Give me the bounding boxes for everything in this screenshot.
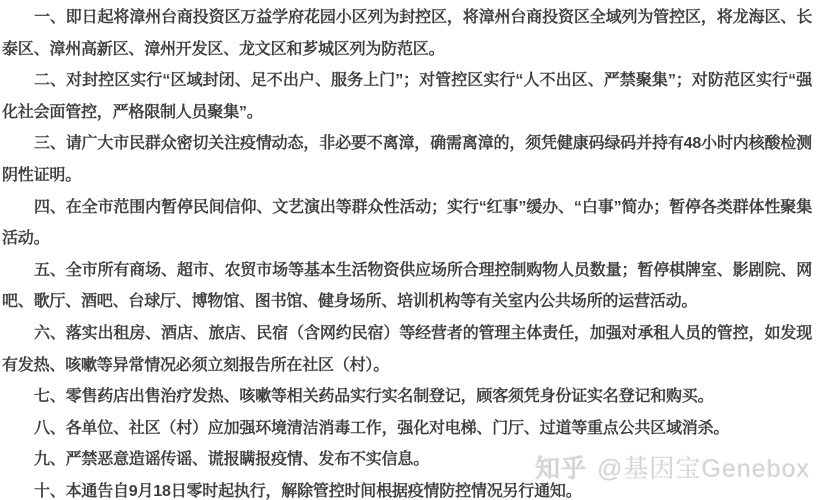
zhihu-watermark: 知乎@基因宝Genebox xyxy=(535,457,810,482)
notice-paragraph-6: 六、落实出租房、酒店、旅店、民宿（含网约民宿）等经营者的管理主体责任，加强对承租… xyxy=(2,318,812,381)
notice-paragraph-3: 三、请广大市民群众密切关注疫情动态，非必要不离漳，确需离漳的，须凭健康码绿码并持… xyxy=(2,128,812,191)
watermark-handle: @基因宝Genebox xyxy=(597,455,810,483)
notice-text: 一、即日起将漳州台商投资区万益学府花园小区列为封控区，将漳州台商投资区全域列为管… xyxy=(0,0,816,500)
zhihu-logo-text: 知乎 xyxy=(535,455,587,483)
notice-paragraph-8: 八、各单位、社区（村）应加强环境清洁消毒工作，强化对电梯、门厅、过道等重点公共区… xyxy=(2,413,812,445)
notice-paragraph-7: 七、零售药店出售治疗发热、咳嗽等相关药品实行实名制登记，顾客须凭身份证实名登记和… xyxy=(2,381,812,413)
notice-paragraph-5: 五、全市所有商场、超市、农贸市场等基本生活物资供应场所合理控制购物人员数量；暂停… xyxy=(2,255,812,318)
notice-paragraph-1: 一、即日起将漳州台商投资区万益学府花园小区列为封控区，将漳州台商投资区全域列为管… xyxy=(2,2,812,65)
notice-paragraph-4: 四、在全市范围内暂停民间信仰、文艺演出等群众性活动；实行“红事”缓办、“白事”简… xyxy=(2,192,812,255)
notice-paragraph-2: 二、对封控区实行“区域封闭、足不出户、服务上门”；对管控区实行“人不出区、严禁聚… xyxy=(2,65,812,128)
notice-page: 一、即日起将漳州台商投资区万益学府花园小区列为封控区，将漳州台商投资区全域列为管… xyxy=(0,0,816,500)
